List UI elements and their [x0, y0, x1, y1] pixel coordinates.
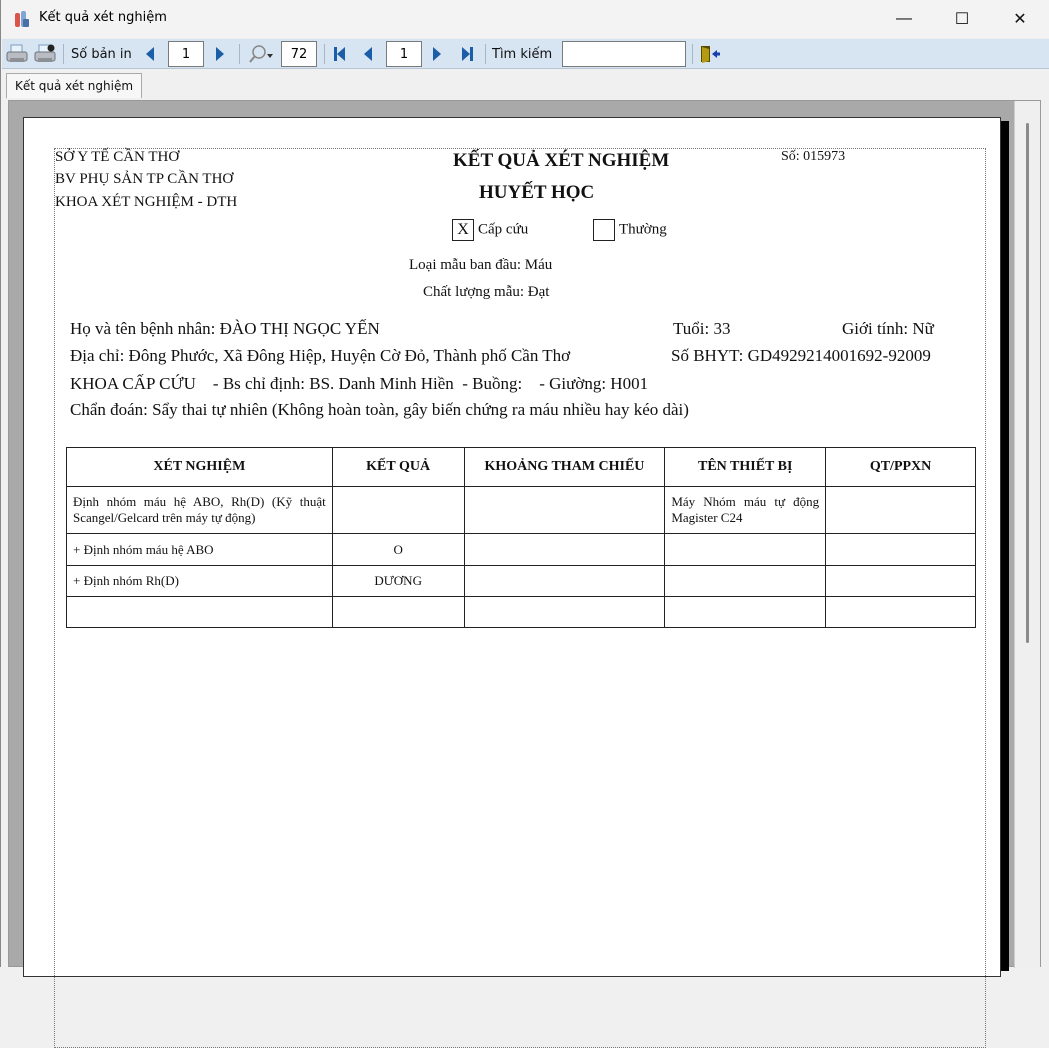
vertical-scrollbar[interactable] — [1014, 101, 1040, 967]
cell-procedure — [826, 487, 976, 534]
header-result: KẾT QUẢ — [332, 448, 464, 487]
report-number: Số: 015973 — [781, 149, 845, 165]
copies-decrease-button[interactable] — [146, 39, 154, 69]
last-page-button[interactable] — [462, 39, 473, 69]
report-viewer: SỞ Y TẾ CẦN THƠ BV PHỤ SẢN TP CẦN THƠ KH… — [8, 100, 1041, 967]
cell-result: DƯƠNG — [332, 566, 464, 597]
cell-device — [665, 534, 826, 566]
org-line-3: KHOA XÉT NGHIỆM - DTH — [55, 194, 237, 211]
header-test: XÉT NGHIỆM — [67, 448, 333, 487]
separator — [692, 44, 693, 64]
close-button[interactable]: ✕ — [997, 0, 1043, 38]
cell-device — [665, 597, 826, 628]
patient-gender: Giới tính: Nữ — [842, 319, 934, 339]
cell-result: O — [332, 534, 464, 566]
cell-test: + Định nhóm Rh(D) — [67, 566, 333, 597]
print-setup-button[interactable] — [34, 39, 56, 69]
next-icon — [216, 47, 224, 61]
header-reference-range: KHOẢNG THAM CHIẾU — [464, 448, 665, 487]
exit-button[interactable] — [699, 39, 721, 69]
first-page-icon — [334, 47, 345, 61]
org-line-2: BV PHỤ SẢN TP CẦN THƠ — [55, 171, 233, 188]
table-header-row: XÉT NGHIỆM KẾT QUẢ KHOẢNG THAM CHIẾU TÊN… — [67, 448, 976, 487]
report-page: SỞ Y TẾ CẦN THƠ BV PHỤ SẢN TP CẦN THƠ KH… — [23, 117, 1001, 967]
zoom-icon — [247, 44, 275, 64]
maximize-button[interactable]: ☐ — [939, 0, 985, 38]
patient-name: Họ và tên bệnh nhân: ĐÀO THỊ NGỌC YẾN — [70, 319, 380, 339]
toolbar: Số bản in 1 72 1 Tìm kiếm — [2, 39, 1049, 69]
print-button[interactable] — [6, 39, 28, 69]
cell-test: Định nhóm máu hệ ABO, Rh(D) (Kỹ thuật Sc… — [67, 487, 333, 534]
cell-procedure — [826, 534, 976, 566]
print-icon — [6, 44, 28, 64]
window-title: Kết quả xét nghiệm — [39, 10, 167, 25]
cell-procedure — [826, 566, 976, 597]
sample-type: Loại mẫu ban đầu: Máu — [409, 257, 552, 274]
normal-checkbox — [593, 219, 615, 241]
search-input[interactable] — [562, 41, 686, 67]
emergency-label: Cấp cứu — [478, 222, 528, 238]
insurance-number: Số BHYT: GD4929214001692-92009 — [671, 346, 931, 366]
report-subtitle: HUYẾT HỌC — [479, 182, 594, 204]
header-procedure: QT/PPXN — [826, 448, 976, 487]
copies-label: Số bản in — [71, 39, 132, 69]
results-table: XÉT NGHIỆM KẾT QUẢ KHOẢNG THAM CHIẾU TÊN… — [66, 447, 976, 628]
prev-icon — [146, 47, 154, 61]
table-row: + Định nhóm Rh(D) DƯƠNG — [67, 566, 976, 597]
minimize-button[interactable]: — — [881, 0, 927, 38]
report-content: SỞ Y TẾ CẦN THƠ BV PHỤ SẢN TP CẦN THƠ KH… — [54, 148, 986, 967]
title-bar: Kết quả xét nghiệm — ☐ ✕ — [1, 0, 1049, 38]
table-row — [67, 597, 976, 628]
prev-page-button[interactable] — [364, 39, 372, 69]
tab-ket-qua-xet-nghiem[interactable]: Kết quả xét nghiệm — [6, 73, 142, 98]
priority-emergency: X Cấp cứu — [452, 219, 528, 241]
cell-test: + Định nhóm máu hệ ABO — [67, 534, 333, 566]
zoom-dropdown-button[interactable] — [247, 39, 275, 69]
copies-input[interactable]: 1 — [168, 41, 204, 67]
lab-flask-icon — [13, 9, 31, 29]
cell-reference — [464, 487, 665, 534]
diagnosis: Chẩn đoán: Sẩy thai tự nhiên (Không hoàn… — [70, 400, 689, 420]
department-line: KHOA CẤP CỨU - Bs chỉ định: BS. Danh Min… — [70, 374, 648, 394]
cell-result — [332, 597, 464, 628]
patient-address: Địa chỉ: Đông Phước, Xã Đông Hiệp, Huyện… — [70, 346, 570, 366]
next-page-icon — [433, 47, 441, 61]
next-page-button[interactable] — [433, 39, 441, 69]
normal-label: Thường — [619, 222, 667, 238]
cell-reference — [464, 534, 665, 566]
patient-age: Tuổi: 33 — [673, 319, 730, 339]
emergency-checkbox: X — [452, 219, 474, 241]
separator — [63, 44, 64, 64]
cell-reference — [464, 597, 665, 628]
copies-increase-button[interactable] — [216, 39, 224, 69]
maximize-icon: ☐ — [955, 9, 969, 29]
cell-device — [665, 566, 826, 597]
table-row: Định nhóm máu hệ ABO, Rh(D) (Kỹ thuật Sc… — [67, 487, 976, 534]
separator — [324, 44, 325, 64]
close-icon: ✕ — [1013, 9, 1026, 29]
tab-strip: Kết quả xét nghiệm — [2, 70, 1049, 98]
separator — [239, 44, 240, 64]
cell-result — [332, 487, 464, 534]
cell-device: Máy Nhóm máu tự động Magister C24 — [665, 487, 826, 534]
search-label: Tìm kiếm — [492, 39, 552, 69]
scrollbar-thumb[interactable] — [1026, 123, 1029, 643]
org-line-1: SỞ Y TẾ CẦN THƠ — [55, 149, 179, 166]
prev-page-icon — [364, 47, 372, 61]
separator — [485, 44, 486, 64]
header-device: TÊN THIẾT BỊ — [665, 448, 826, 487]
page-shadow — [1001, 121, 1009, 967]
report-title: KẾT QUẢ XÉT NGHIỆM — [453, 150, 669, 172]
print-setup-icon — [34, 44, 56, 64]
cell-test — [67, 597, 333, 628]
page-input[interactable]: 1 — [386, 41, 422, 67]
exit-icon — [699, 44, 721, 64]
app-window: Kết quả xét nghiệm — ☐ ✕ Số bản in 1 — [0, 0, 1049, 967]
cell-reference — [464, 566, 665, 597]
last-page-icon — [462, 47, 473, 61]
cell-procedure — [826, 597, 976, 628]
sample-quality: Chất lượng mẫu: Đạt — [423, 284, 549, 301]
table-row: + Định nhóm máu hệ ABO O — [67, 534, 976, 566]
priority-normal: Thường — [593, 219, 667, 241]
zoom-input[interactable]: 72 — [281, 41, 317, 67]
first-page-button[interactable] — [334, 39, 345, 69]
minimize-icon: — — [896, 10, 912, 28]
